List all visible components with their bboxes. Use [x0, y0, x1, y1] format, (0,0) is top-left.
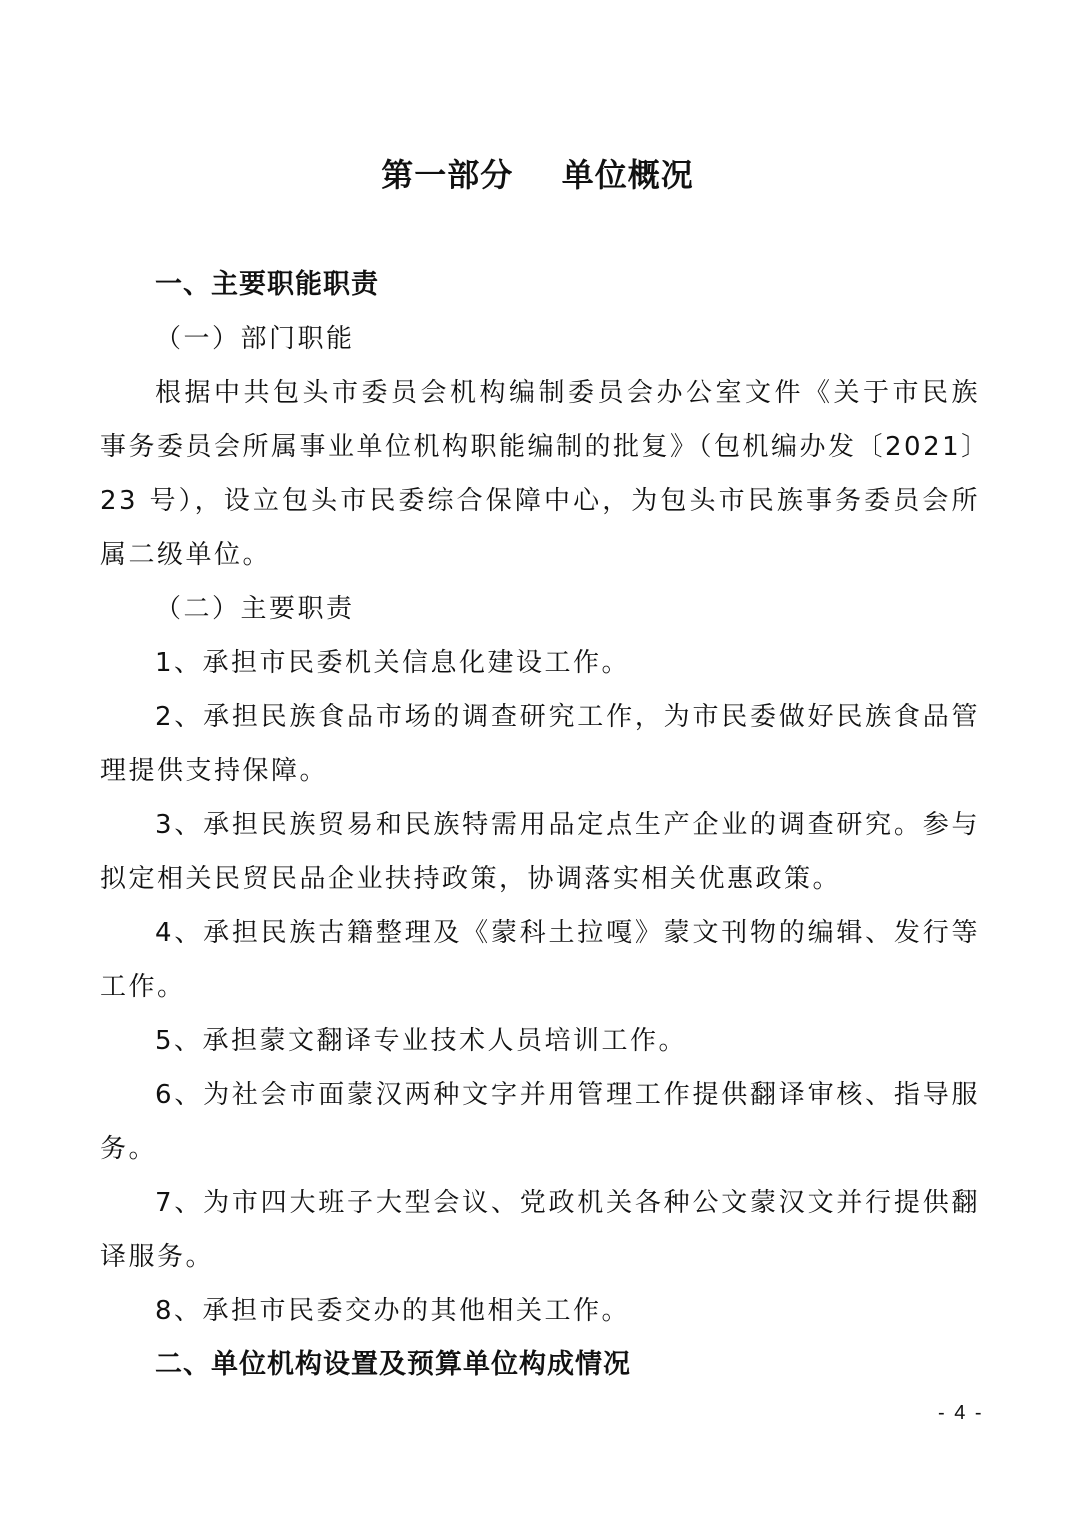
paragraph-line: 23 号），设立包头市民委综合保障中心，为包头市民族事务委员会所: [100, 484, 980, 518]
paragraph-line: 根据中共包头市委员会机构编制委员会办公室文件《关于市民族: [155, 376, 980, 410]
duty-item-7: 7、为市四大班子大型会议、党政机关各种公文蒙汉文并行提供翻: [155, 1186, 980, 1220]
duty-item-8: 8、承担市民委交办的其他相关工作。: [155, 1294, 980, 1328]
section-heading-main-functions: 一、主要职能职责: [155, 268, 980, 302]
paragraph-line: 属二级单位。: [100, 538, 980, 572]
duty-item-6-continued: 务。: [100, 1132, 980, 1166]
duty-item-4-continued: 工作。: [100, 970, 980, 1004]
duty-item-7-continued: 译服务。: [100, 1240, 980, 1274]
page-title: 第一部分 单位概况: [0, 150, 1075, 196]
document-page: 第一部分 单位概况 一、主要职能职责 （一）部门职能 根据中共包头市委员会机构编…: [0, 0, 1075, 1520]
duty-item-1: 1、承担市民委机关信息化建设工作。: [155, 646, 980, 680]
duty-item-2-continued: 理提供支持保障。: [100, 754, 980, 788]
duty-item-3: 3、承担民族贸易和民族特需用品定点生产企业的调查研究。参与: [155, 808, 980, 842]
duty-item-5: 5、承担蒙文翻译专业技术人员培训工作。: [155, 1024, 980, 1058]
paragraph-line: 事务委员会所属事业单位机构职能编制的批复》（包机编办发〔2021〕: [100, 430, 980, 464]
duty-item-2: 2、承担民族食品市场的调查研究工作，为市民委做好民族食品管: [155, 700, 980, 734]
duty-item-4: 4、承担民族古籍整理及《蒙科土拉嘎》蒙文刊物的编辑、发行等: [155, 916, 980, 950]
page-number: - 4 -: [938, 1402, 984, 1425]
duty-item-6: 6、为社会市面蒙汉两种文字并用管理工作提供翻译审核、指导服: [155, 1078, 980, 1112]
subsection-heading-department-functions: （一）部门职能: [155, 322, 980, 356]
duty-item-3-continued: 拟定相关民贸民品企业扶持政策，协调落实相关优惠政策。: [100, 862, 980, 896]
section-heading-org-structure: 二、单位机构设置及预算单位构成情况: [155, 1348, 980, 1382]
subsection-heading-main-duties: （二）主要职责: [155, 592, 980, 626]
